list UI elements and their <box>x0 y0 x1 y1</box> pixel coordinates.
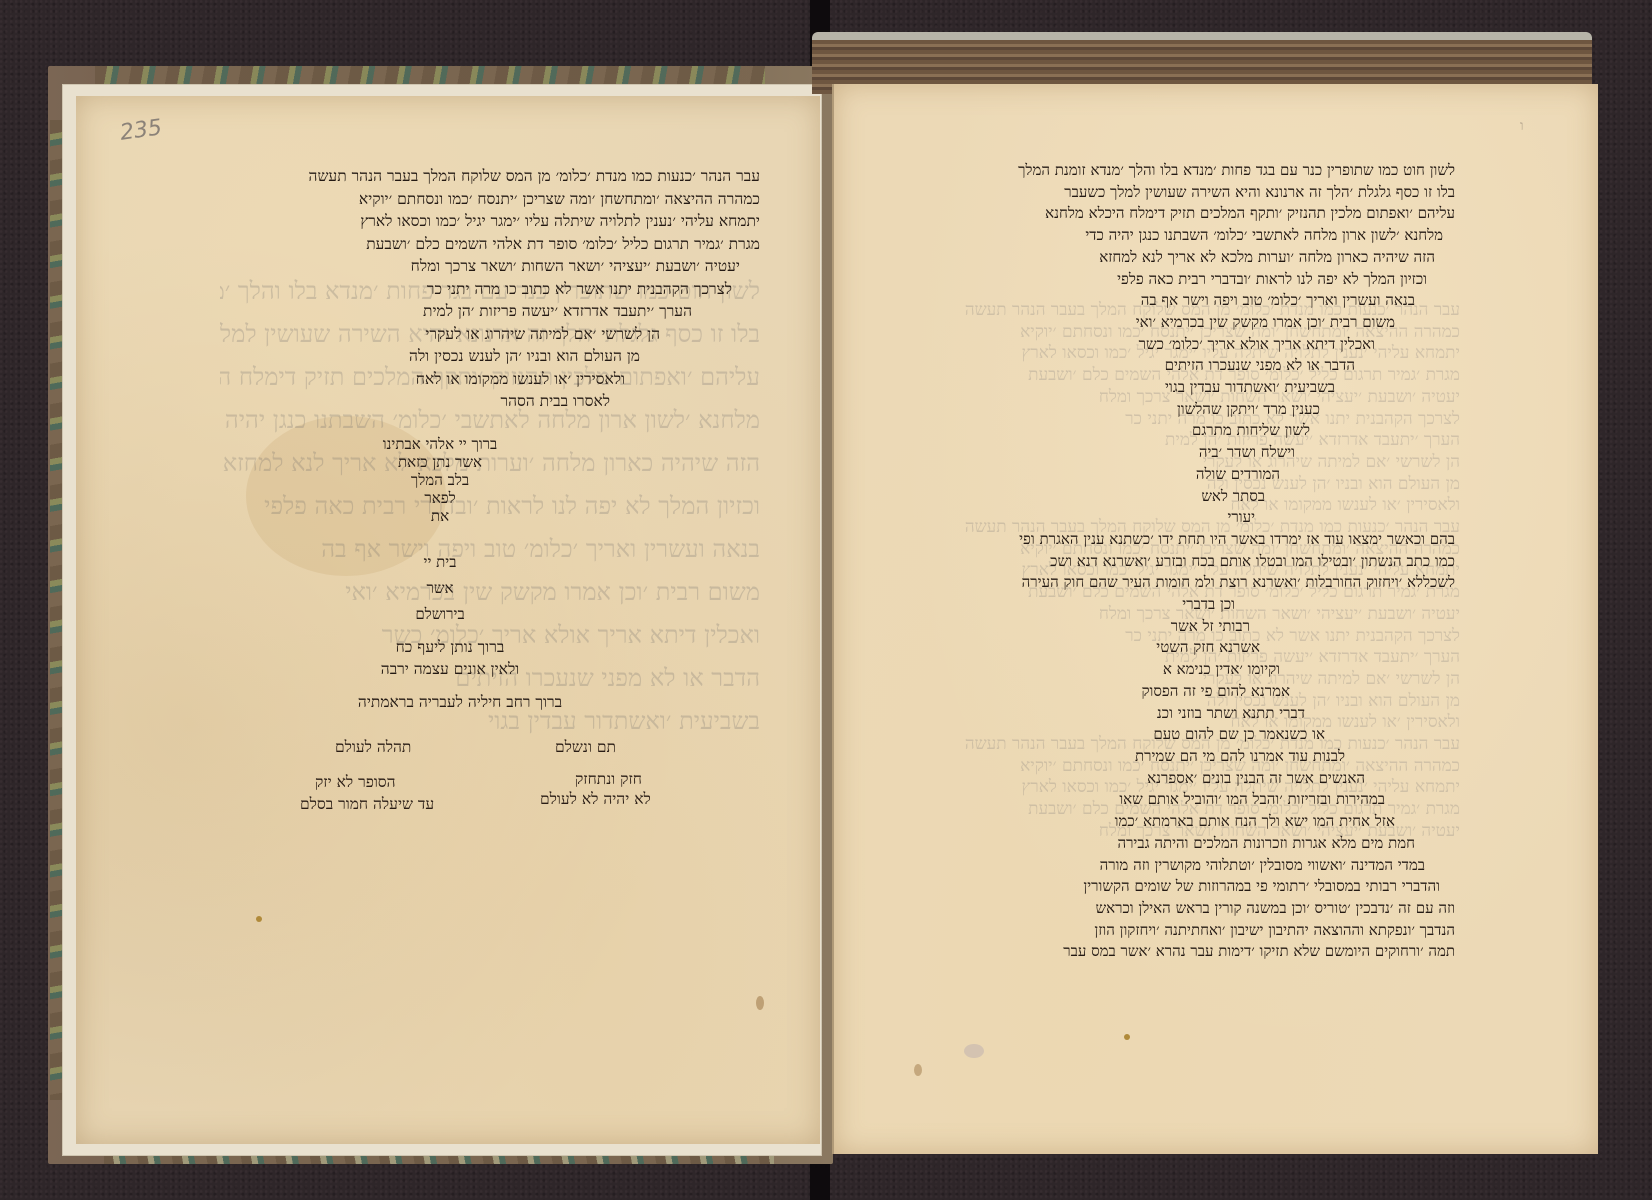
text-line: תמה ׳ורחוקים היומשם שלא תזיקו ׳דימות עבר… <box>945 941 1455 963</box>
right-main-text: לשון חוט כמו שתופרין כנר עם בגד פחות ׳מנ… <box>945 160 1455 963</box>
text-line: האנשים אשר זה הבנין בונים ׳אספרנא <box>945 768 1455 790</box>
stain <box>964 1044 984 1058</box>
text-line: במדי המדינה ׳ואשווי מסובלין ׳וטתלוהי מקו… <box>945 855 1455 877</box>
text-line: הנדבך ׳ונפקתא וההוצאה יהתיבון ישיבון ׳וא… <box>945 920 1455 942</box>
text-line: במהירות ובזריזות ׳והבל המו ׳והוביל אותם … <box>945 789 1455 811</box>
text-line: אשר נתן כזאת <box>330 453 550 471</box>
text-line: בירושלם <box>330 605 550 623</box>
stain <box>756 996 764 1010</box>
text-line: את <box>330 507 550 525</box>
text-line: בלב המלך <box>330 471 550 489</box>
text-line: לאסרו בבית הסהר <box>230 390 760 413</box>
stain <box>914 1064 922 1076</box>
text-line: לשון חוט כמו שתופרין כנר עם בגד פחות ׳מנ… <box>945 160 1455 182</box>
text-line: מגרת ׳גמיר תרגום כליל ׳כלומ׳ סופר דת אלה… <box>230 233 760 256</box>
text-line: מלחנא ׳לשון ארון מלחה לאתשבי ׳כלומ׳ השבת… <box>945 225 1455 247</box>
text-line: והדברי רבותי במסובלי ׳רתומי פי במהרוזות … <box>945 876 1455 898</box>
text-line: אשרנא חזק השטי <box>945 637 1455 659</box>
text-line: יתמחא עליהי ׳נענין לתלויה שיתלה עליו ׳ימ… <box>230 210 760 233</box>
text-line: כענין מרד ׳ויתקן שהלשון <box>945 399 1455 421</box>
text-line: אשר <box>330 579 550 597</box>
text-line: בנאה ועשרין ואריך ׳כלומ׳ טוב ויפה וישר א… <box>945 290 1455 312</box>
text-line: ברוך יי אלהי אבתינו <box>330 435 550 453</box>
text-line: וישלח ושדר ׳ביה <box>945 442 1455 464</box>
text-line: לשון שליחות מתרגם <box>945 420 1455 442</box>
stain <box>256 916 262 922</box>
text-line: בית יי <box>330 553 550 571</box>
colophon-left-top: תהלה לעולם <box>335 738 411 757</box>
text-line: הזה שיהיה כארון מלחה ׳וערות מלכא לא אריך… <box>945 247 1455 269</box>
text-line: וקיומו ׳אדין כנימא א <box>945 659 1455 681</box>
text-line: בהם וכאשר ימצאו עוד אז ימרדו באשר היו תח… <box>945 529 1455 551</box>
text-line: לבנות עוד אמרנו להם מי הם שמירת <box>945 746 1455 768</box>
text-line: עבר הנהר ׳כנעות כמו מנדת ׳כלומ׳ מן המס ש… <box>230 165 760 188</box>
colophon-left-bottom-1: הסופר לא יזק <box>315 773 396 792</box>
text-line: ולאין אונים עצמה ירבה <box>300 658 600 680</box>
colophon-right-bottom-2: לא יהיה לא לעולם <box>540 790 651 809</box>
text-line: בסתר לאש <box>945 486 1455 508</box>
text-line: וכן בדברי <box>945 594 1455 616</box>
text-line: חמת מים מלא אגרות וזכרונות המלכים והיתה … <box>945 833 1455 855</box>
text-line: ולאסירין ׳או לענשו ממקומו או לאח <box>230 368 760 391</box>
left-main-text: עבר הנהר ׳כנעות כמו מנדת ׳כלומ׳ מן המס ש… <box>230 165 760 413</box>
text-line: אמרנא להום פי זה הפסוק <box>945 681 1455 703</box>
text-line: המורדים שולה <box>945 464 1455 486</box>
text-line: כמהרה ההיצאה ׳ומתחשחן ׳ומה שצריכן ׳יתנסח… <box>230 188 760 211</box>
text-line: מן העולם הוא ובניו ׳הן לענש נכסין ולה <box>230 345 760 368</box>
text-line: וזה עם זה ׳נדבכין ׳טוריס ׳וכן במשנה קורי… <box>945 898 1455 920</box>
text-line: דברי תתנא ושתר בוזני וכנ <box>945 703 1455 725</box>
text-line: לשכללא ׳ויחזוק החורבלות ׳ואשרנא רוצת ולמ… <box>945 572 1455 594</box>
text-line: יעטיה ׳ושבעת ׳יעציהי ׳ושאר השחות ׳ושאר צ… <box>230 255 760 278</box>
final-blessing: ברוך רחב חיליה לעבריה בראמתיה <box>300 693 620 712</box>
text-line: בשביעית ׳ואשתדור עבדין בגוי <box>945 377 1455 399</box>
text-line: או כשנאמר כן שם להום טעם <box>945 724 1455 746</box>
text-line: אזל אחית המו ישא ולך הנח אותם בארמתא ׳כמ… <box>945 811 1455 833</box>
stain <box>1124 1034 1130 1040</box>
text-line: ואכלין דיתא אריך אולא אריך ׳כלומ׳ כשר <box>945 334 1455 356</box>
closing-blessing: ברוך נותן ליעף כח ולאין אונים עצמה ירבה <box>300 636 600 680</box>
text-line: וכזיון המלך לא יפה לנו לראות ׳ובדברי רבי… <box>945 269 1455 291</box>
text-line: הדבר או לא מפני שנעכרו הזיתים <box>945 355 1455 377</box>
text-line: רבותי זל אשר <box>945 616 1455 638</box>
text-line: הערך ׳יתעבד אדרזדא ׳יעשה פריזות ׳הן למית <box>230 300 760 323</box>
colophon-right-bottom-1: חזק ונתחזק <box>575 770 642 789</box>
text-line: עליהם ׳ואפתום מלכין תהנזיק ׳ותקף המלכים … <box>945 203 1455 225</box>
colophon-left-bottom-2: עד שיעלה חמור בסלם <box>300 795 434 814</box>
colophon-right-top: תם ונשלם <box>555 738 616 757</box>
text-line: הן לשרשי ׳אם למיתה שיהרוג או לעקרי <box>230 323 760 346</box>
text-line: יעורי <box>945 507 1455 529</box>
folio-mark: ו <box>1520 118 1524 135</box>
marbled-edge-top <box>95 66 765 84</box>
blessing-text: ברוך יי אלהי אבתינו אשר נתן כזאת בלב המל… <box>330 435 550 623</box>
text-line: בלו זו כסף גלגלת ׳הלך זה ארנונא והיא השי… <box>945 182 1455 204</box>
text-line: ברוך נותן ליעף כח <box>300 636 600 658</box>
text-line: כמו כתב הנשתון ׳ובטילו המו ובטלו אותם בכ… <box>945 551 1455 573</box>
text-line: לפאר <box>330 489 550 507</box>
text-line: משום רבית ׳וכן אמרו מקשק שין בכרמיא ׳ואי <box>945 312 1455 334</box>
text-line: לצרכך הקהבנית יתנו אשר לא כתוב כו מרה ית… <box>230 278 760 301</box>
